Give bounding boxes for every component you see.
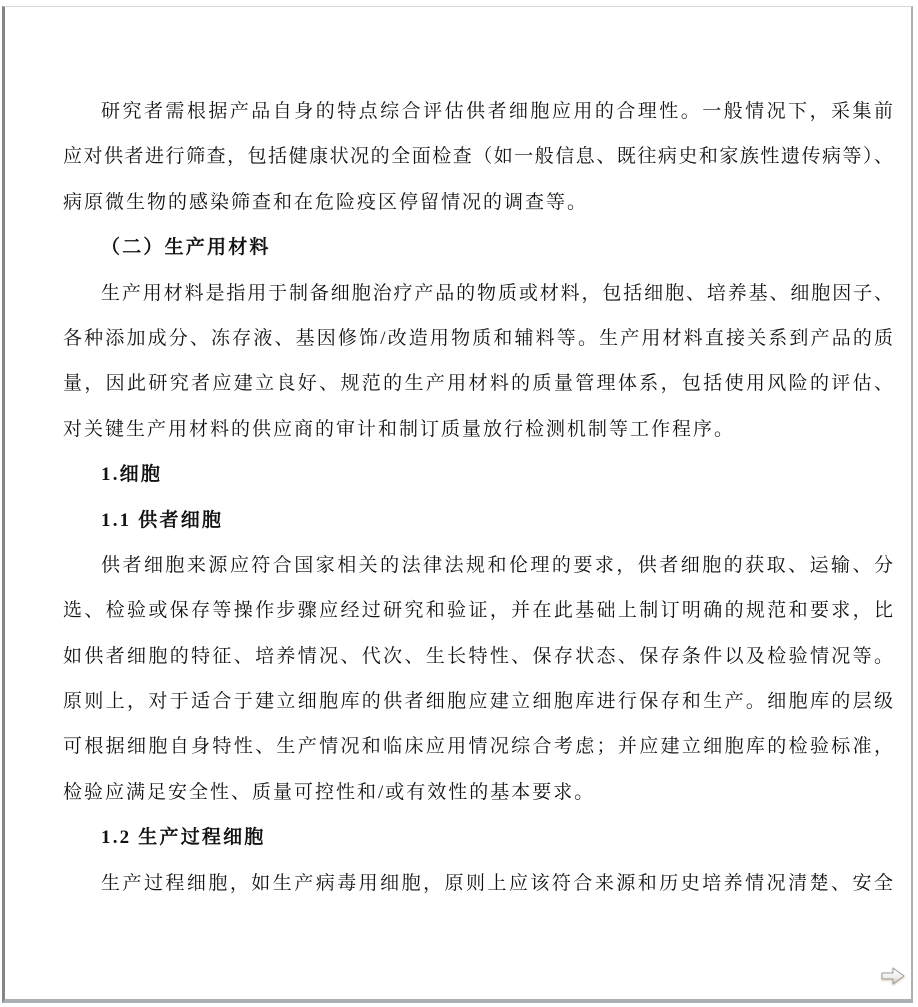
text-line: 供者细胞来源应符合国家相关的法律法规和伦理的要求，供者细胞的获取、运输、分 (63, 543, 893, 588)
section-heading: 1.1 供者细胞 (63, 498, 893, 543)
section-heading: 1.细胞 (63, 452, 893, 497)
text-line: 原则上，对于适合于建立细胞库的供者细胞应建立细胞库进行保存和生产。细胞库的层级 (63, 679, 893, 724)
text-line: 各种添加成分、冻存液、基因修饰/改造用物质和辅料等。生产用材料直接关系到产品的质 (63, 316, 893, 361)
document-content: 研究者需根据产品自身的特点综合评估供者细胞应用的合理性。一般情况下，采集前应对供… (63, 89, 893, 906)
next-page-arrow-shape (882, 968, 904, 984)
text-line: 可根据细胞自身特性、生产情况和临床应用情况综合考虑；并应建立细胞库的检验标准， (63, 724, 893, 769)
next-page-arrow-icon[interactable] (879, 964, 907, 988)
text-line: 量，因此研究者应建立良好、规范的生产用材料的质量管理体系，包括使用风险的评估、 (63, 361, 893, 406)
text-line: 应对供者进行筛查，包括健康状况的全面检查（如一般信息、既往病史和家族性遗传病等）… (63, 134, 893, 179)
text-line: 生产过程细胞，如生产病毒用细胞，原则上应该符合来源和历史培养情况清楚、安全 (63, 861, 893, 906)
text-line: 选、检验或保存等操作步骤应经过研究和验证，并在此基础上制订明确的规范和要求，比 (63, 588, 893, 633)
document-page: 研究者需根据产品自身的特点综合评估供者细胞应用的合理性。一般情况下，采集前应对供… (2, 6, 913, 1003)
text-line: 生产用材料是指用于制备细胞治疗产品的物质或材料，包括细胞、培养基、细胞因子、 (63, 271, 893, 316)
text-line: 检验应满足安全性、质量可控性和/或有效性的基本要求。 (63, 770, 893, 815)
section-heading: （二）生产用材料 (63, 225, 893, 270)
text-line: 研究者需根据产品自身的特点综合评估供者细胞应用的合理性。一般情况下，采集前 (63, 89, 893, 134)
section-heading: 1.2 生产过程细胞 (63, 815, 893, 860)
text-line: 如供者细胞的特征、培养情况、代次、生长特性、保存状态、保存条件以及检验情况等。 (63, 634, 893, 679)
text-line: 病原微生物的感染筛查和在危险疫区停留情况的调查等。 (63, 180, 893, 225)
text-line: 对关键生产用材料的供应商的审计和制订质量放行检测机制等工作程序。 (63, 407, 893, 452)
